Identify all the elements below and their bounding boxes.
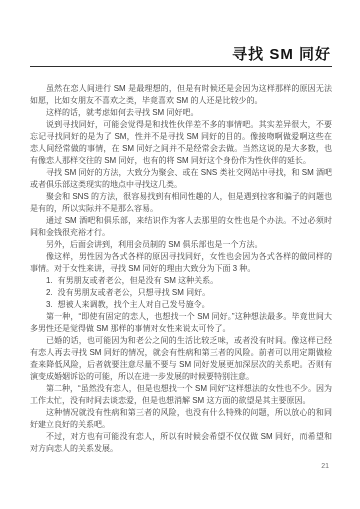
paragraph-13: 不过，对方也有可能没有恋人，所以有时候会希望不仅仅做 SM 同好，而希望和对方向… bbox=[30, 431, 332, 455]
list-item-1: 1.有男朋友或者老公，但是没有 SM 这种关系。 bbox=[30, 275, 332, 287]
page-title: 寻找 SM 同好 bbox=[232, 43, 331, 64]
title-divider bbox=[30, 66, 332, 67]
page-number: 21 bbox=[321, 463, 329, 470]
paragraph-6: 通过 SM 酒吧和俱乐部，来结识作为客人去那里的女性也是个办法。不过必须时间和金… bbox=[30, 215, 332, 239]
list-text-1: 有男朋友或者老公，但是没有 SM 这种关系。 bbox=[58, 276, 218, 285]
paragraph-2: 这样的话，就考虑如何去寻找 SM 同好吧。 bbox=[30, 107, 332, 119]
paragraph-4: 寻找 SM 同好的方法，大致分为聚会、或在 SNS 类社交网站中寻找，和 SM … bbox=[30, 167, 332, 191]
paragraph-8: 像这样，男性因为各式各样的原因寻找同好，女性也会因为各式各样的做同样的事情。对于… bbox=[30, 251, 332, 275]
list-item-2: 2.没有男朋友或者老公，只想寻找 SM 同好。 bbox=[30, 287, 332, 299]
list-text-3: 想被人来调教，找个主人对自己发号施令。 bbox=[58, 300, 210, 309]
paragraph-9: 第一种，“即使有固定的恋人，也想找一个 SM 同好。”这种想法最多。毕竟世间大多… bbox=[30, 311, 332, 335]
list-number-3: 3. bbox=[46, 299, 53, 311]
paragraph-3: 说到寻找同好，可能会觉得是和找性伙伴差不多的事情吧。其实差异很大，不要忘记寻找同… bbox=[30, 119, 332, 167]
paragraph-11: 第二种，“虽然没有恋人，但是也想找一个 SM 同好”这样想法的女性也不少。因为工… bbox=[30, 383, 332, 407]
reasons-list: 1.有男朋友或者老公，但是没有 SM 这种关系。 2.没有男朋友或者老公，只想寻… bbox=[30, 275, 332, 311]
list-text-2: 没有男朋友或者老公，只想寻找 SM 同好。 bbox=[58, 288, 210, 297]
paragraph-12: 这种情况就没有性病和第三者的风险，也没有什么特殊的问题，所以放心的和同好建立良好… bbox=[30, 407, 332, 431]
list-number-2: 2. bbox=[46, 287, 53, 299]
paragraph-7: 另外，后面会讲到，利用会员制的 SM 俱乐部也是一个方法。 bbox=[30, 239, 332, 251]
book-page: 寻找 SM 同好 虽然在恋人间进行 SM 是最理想的，但是有时候还是会因为这样那… bbox=[0, 0, 360, 509]
paragraph-1: 虽然在恋人间进行 SM 是最理想的，但是有时候还是会因为这样那样的原因无法如愿，… bbox=[30, 83, 332, 107]
paragraph-5: 聚会和 SNS 的方法，很容易找到有相同性趣的人，但是遇到拉客和骗子的问题也是有… bbox=[30, 191, 332, 215]
body-text: 虽然在恋人间进行 SM 是最理想的，但是有时候还是会因为这样那样的原因无法如愿，… bbox=[30, 83, 332, 455]
list-number-1: 1. bbox=[46, 275, 53, 287]
paragraph-10: 已婚的话，也可能因为和老公之间的生活比较乏味，或者没有时间。像这样已经有恋人再去… bbox=[30, 335, 332, 383]
list-item-3: 3.想被人来调教，找个主人对自己发号施令。 bbox=[30, 299, 332, 311]
